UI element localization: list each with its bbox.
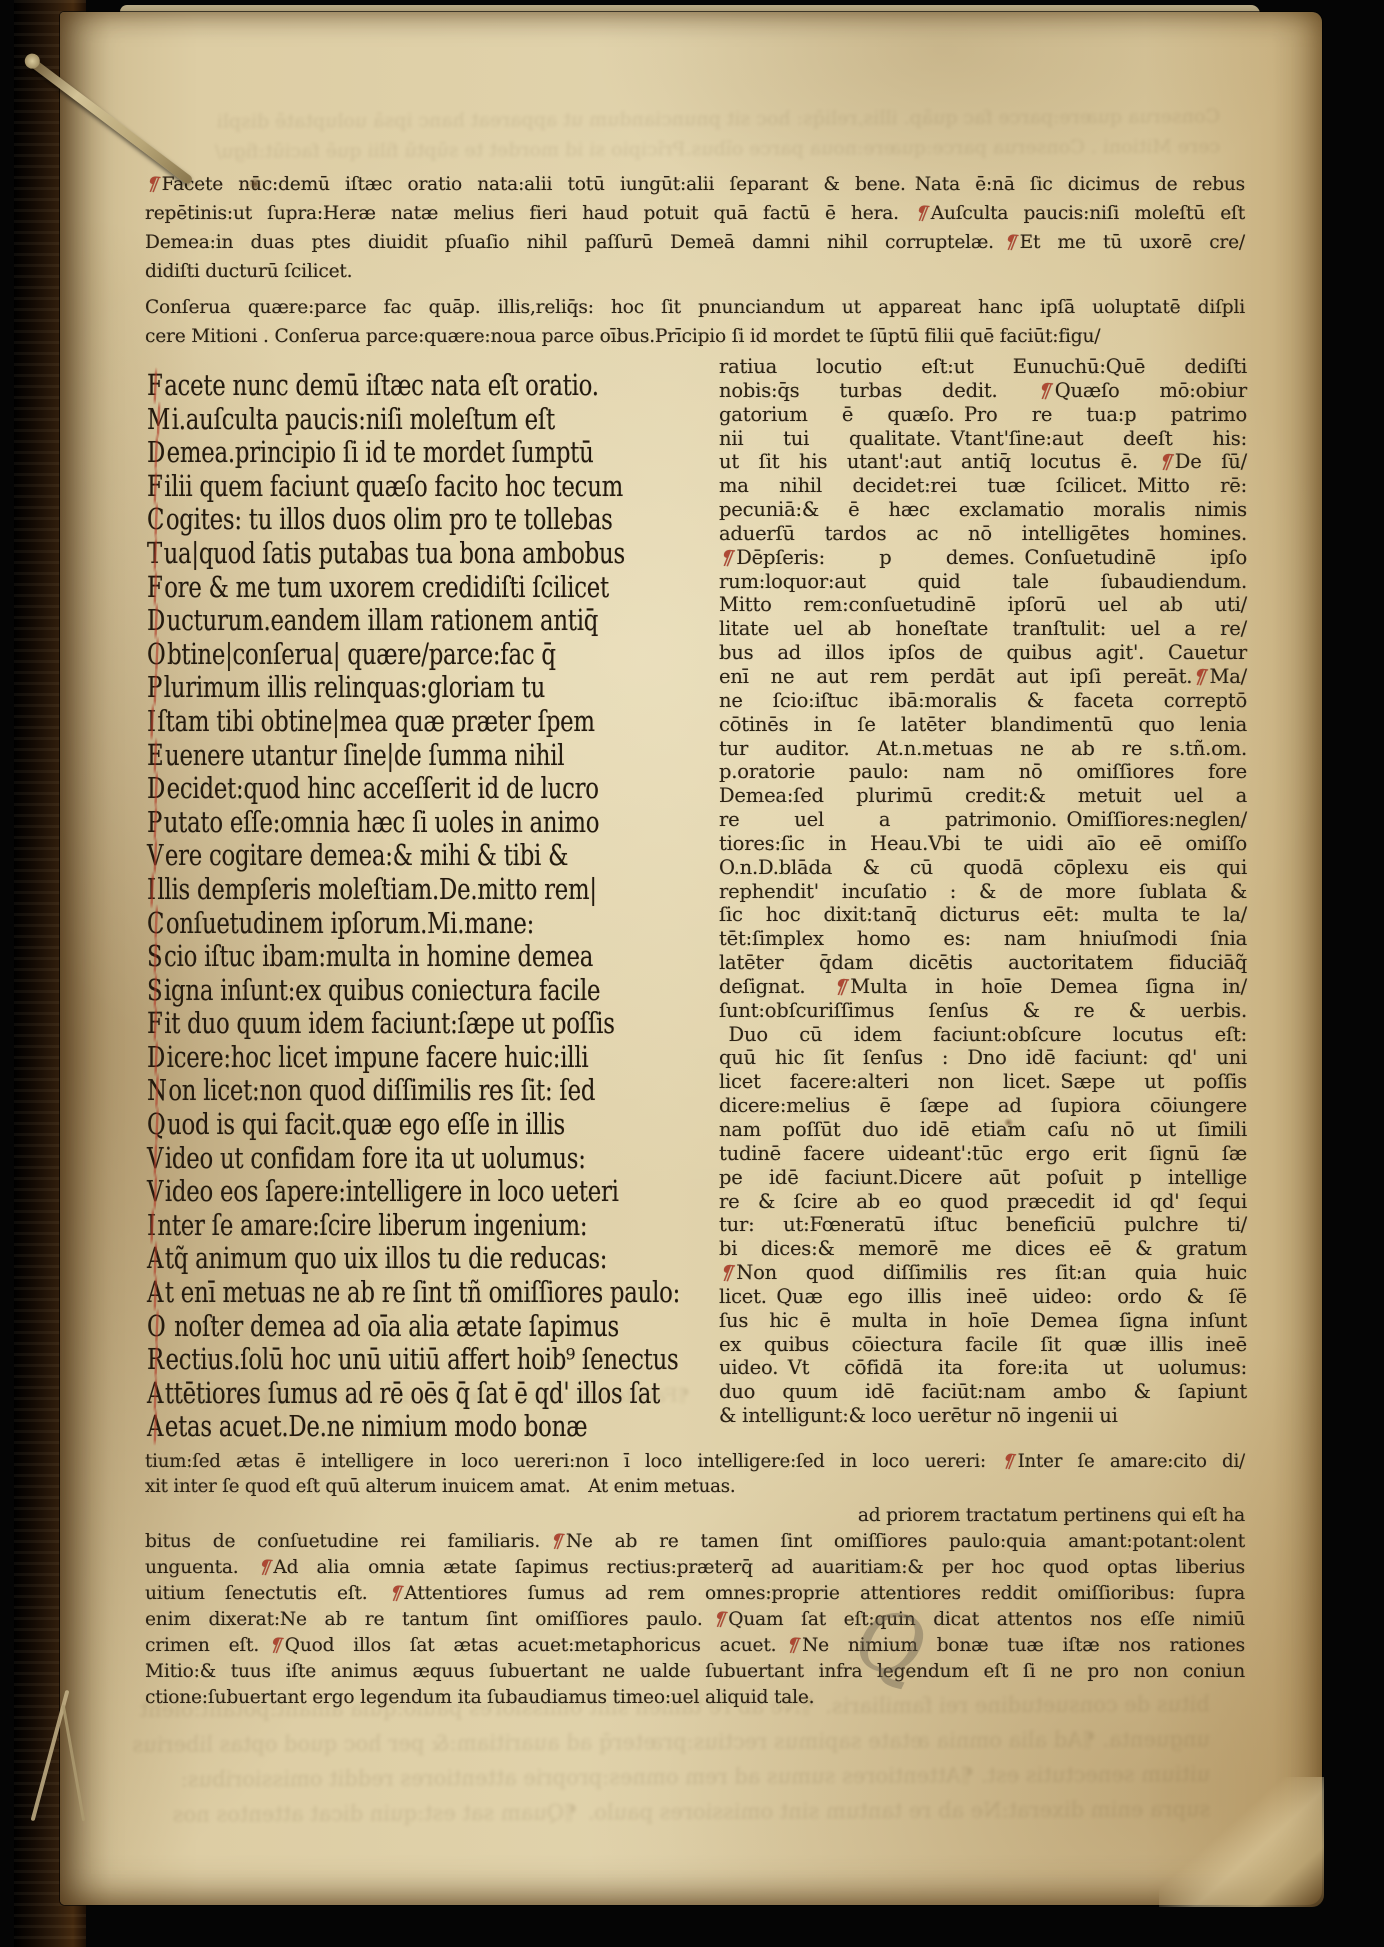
commentary-line: nobis:q̄s turbas dedit. ¶Quæſo mō:obiur bbox=[719, 379, 1247, 403]
verse-line: Rectius.ſolū hoc unū uitiū affert hoib⁹ … bbox=[147, 1343, 611, 1377]
commentary-line: litate uel ab honeſtate tranſtulit: uel … bbox=[719, 617, 1247, 641]
commentary-line: enī ne aut rem perdāt aut ipſi pereāt.¶M… bbox=[719, 665, 1247, 689]
commentary-line: Mitto rem:conſuetudinē ipſorū uel ab uti… bbox=[719, 593, 1247, 617]
commentary-line: ratiua locutio eſt:ut Eunuchū:Quē dediſt… bbox=[719, 355, 1247, 379]
commentary-line: nii tui qualitate. Vtant'ſine:aut deeſt … bbox=[719, 427, 1247, 451]
photo-stage: Conserua quære:parce fac quāp. illis,rel… bbox=[0, 0, 1384, 1947]
rubric-pilcrow: ¶ bbox=[385, 1580, 406, 1607]
verse-line: Signa inſunt:ex quibus coniectura facile bbox=[147, 974, 611, 1008]
commentary-line: rum:loquor:aut quid tale ſubaudiendum. bbox=[719, 570, 1247, 594]
commentary-line: re & ſcire ab eo quod præcedit id qd' ſe… bbox=[719, 1190, 1247, 1214]
verse-line: Filii quem faciunt quæſo facito hoc tecu… bbox=[147, 470, 611, 504]
commentary-line: ctione:ſubuertant ergo legendum ita ſuba… bbox=[145, 1685, 1245, 1711]
rubricated-initial: V bbox=[147, 1175, 163, 1209]
rubricated-initial: D bbox=[147, 604, 165, 638]
rubric-pilcrow: ¶ bbox=[709, 1606, 730, 1633]
commentary-line: quū hic ſit ſenſus : Dno idē faciunt: qd… bbox=[719, 1046, 1247, 1070]
verse-line: Cogites: tu illos duos olim pro te tolle… bbox=[147, 503, 611, 537]
commentary-line: tur auditor. At.n.metuas ne ab re s.tñ.o… bbox=[719, 737, 1247, 761]
rubricated-initial: P bbox=[147, 671, 162, 705]
rubric-pilcrow: ¶ bbox=[142, 169, 165, 199]
rubric-pilcrow: ¶ bbox=[1190, 664, 1211, 689]
intro-commentary: Conſerua quære:parce fac quāp. illis,rel… bbox=[145, 293, 1245, 351]
verse-line: Mi.auſculta paucis:niſi moleſtum eſt bbox=[147, 403, 611, 437]
commentary-line: bi dices:& memorē me dices eē & gratum bbox=[719, 1237, 1247, 1261]
commentary-line: Demea:in duas ptes diuidit pſuaſio nihil… bbox=[145, 228, 1245, 257]
commentary-line: ¶Dēpſeris: p demes. Conſuetudinē ipſo bbox=[719, 546, 1247, 570]
verse-line: Non licet:non quod diſſimilis res ſit: ſ… bbox=[147, 1074, 611, 1108]
rubric-pilcrow: ¶ bbox=[783, 1632, 804, 1659]
verse-line: Euenere utantur ſine|de ſumma nihil bbox=[147, 739, 611, 773]
commentary-line: licet. Quæ ego illis ineē uideo: ordo & … bbox=[719, 1285, 1247, 1309]
verse-line: Obtine|conſerua| quære/parce:fac q̄ bbox=[147, 638, 611, 672]
rubricated-initial: R bbox=[147, 1343, 164, 1377]
rubricated-initial: F bbox=[147, 1007, 163, 1041]
commentary-line: crimen eſt. ¶Quod illos ſat ætas acuet:m… bbox=[145, 1633, 1245, 1659]
commentary-line: dicere:melius ē ſæpe ad ſupiora cōiunger… bbox=[719, 1094, 1247, 1118]
commentary-line: ma nihil decidet:rei tuæ ſcilicet. Mitto… bbox=[719, 474, 1247, 498]
commentary-line: ſic hoc dixit:tanq̄ dicturus eēt: multa … bbox=[719, 903, 1247, 927]
rubricated-initial: I bbox=[147, 873, 156, 907]
head-commentary: ¶Facete nūc:demū iſtæc oratio nata:alii … bbox=[145, 170, 1245, 286]
verse-line: Quod is qui facit.quæ ego eſſe in illis bbox=[147, 1108, 611, 1142]
commentary-line: cere Mitioni . Conſerua parce:quære:noua… bbox=[145, 322, 1245, 351]
commentary-line: aduerſū tardos ac nō intelligētes homine… bbox=[719, 522, 1247, 546]
rubricated-initial: T bbox=[147, 537, 162, 571]
commentary-line: enim dixerat:Ne ab re tantum ſint omiſſi… bbox=[145, 1607, 1245, 1633]
verse-line: Video eos ſapere:intelligere in loco uet… bbox=[147, 1175, 611, 1209]
rubricated-initial: A bbox=[147, 1377, 163, 1411]
commentary-line: & intelligunt:& loco uerētur nō ingenii … bbox=[719, 1404, 1247, 1428]
commentary-column: ratiua locutio eſt:ut Eunuchū:Quē dediſt… bbox=[719, 355, 1247, 1428]
rubricated-initial: F bbox=[147, 571, 163, 605]
commentary-line: unguenta. ¶Ad alia omnia ætate ſapimus r… bbox=[145, 1555, 1245, 1581]
rubric-pilcrow: ¶ bbox=[254, 1554, 275, 1581]
commentary-line: ſunt:obſcuriſſimus ſenſus & re & uerbis. bbox=[719, 999, 1247, 1023]
verse-column: Facete nunc demū iſtæc nata eſt oratio.M… bbox=[147, 369, 727, 1444]
rubricated-initial: O bbox=[147, 638, 165, 672]
commentary-line: tēt:ſimplex homo es: nam hniuſmodi ſnia bbox=[719, 927, 1247, 951]
rubric-pilcrow: ¶ bbox=[265, 1632, 286, 1659]
commentary-line: ¶Non quod diſſimilis res ſit:an quia hui… bbox=[719, 1261, 1247, 1285]
commentary-line: Mitio:& tuus iſte animus æquus ſubuertan… bbox=[145, 1659, 1245, 1685]
commentary-line: nam poſſūt duo idē etiam caſu nō ut ſimi… bbox=[719, 1118, 1247, 1142]
verse-line: Conſuetudinem ipſorum.Mi.mane: bbox=[147, 907, 611, 941]
rubricated-initial: I bbox=[147, 705, 156, 739]
commentary-line: repētinis:ut ſupra:Heræ natæ melius fier… bbox=[145, 199, 1245, 228]
commentary-line: tur: ut:Fœneratū iſtuc beneficiū pulchre… bbox=[719, 1213, 1247, 1237]
verse-line: O noſter demea ad oīa alia ætate ſapimus bbox=[147, 1310, 611, 1344]
commentary-line: Conſerua quære:parce fac quāp. illis,rel… bbox=[145, 293, 1245, 322]
two-column-block: Facete nunc demū iſtæc nata eſt oratio.M… bbox=[145, 361, 1245, 1447]
show-through-text: Conserua quære:parce fac quāp. illis,rel… bbox=[200, 101, 1220, 170]
commentary-line: latēter q̄dam dicētis auctoritatem fiduc… bbox=[719, 951, 1247, 975]
verse-line: Attētiores ſumus ad rē oēs q̄ ſat ē qd' … bbox=[147, 1377, 611, 1411]
runover-lines: tium:ſed ætas ē intelligere in loco uere… bbox=[145, 1449, 1245, 1499]
verse-line: Facete nunc demū iſtæc nata eſt oratio. bbox=[147, 369, 611, 403]
commentary-line: re uel a patrimonio. Omiſſiores:neglen/ bbox=[719, 808, 1247, 832]
rubricated-initial: D bbox=[147, 436, 165, 470]
commentary-line: uideo. Vt cōfidā ita fore:ita ut uolumus… bbox=[719, 1356, 1247, 1380]
rubric-pilcrow: ¶ bbox=[717, 1260, 738, 1285]
rubric-pilcrow: ¶ bbox=[717, 545, 738, 570]
rubricated-initial: C bbox=[147, 907, 164, 941]
commentary-line: Demea:ſed plurimū credit:& metuit uel a bbox=[719, 784, 1247, 808]
rubricated-initial: A bbox=[147, 1242, 163, 1276]
verse-line: Tua|quod ſatis putabas tua bona ambobus bbox=[147, 537, 611, 571]
commentary-line: licet facere:alteri non licet. Sæpe ut p… bbox=[719, 1070, 1247, 1094]
commentary-line: rephendit' incuſatio : & de more ſublata… bbox=[719, 880, 1247, 904]
commentary-line: tudinē facere uideant':tūc ergo erit ſig… bbox=[719, 1142, 1247, 1166]
verse-line: Aetas acuet.De.ne nimium modo bonæ bbox=[147, 1410, 611, 1444]
rubricated-initial: F bbox=[147, 470, 163, 504]
commentary-line: ſus hic ē multa in hoīe Demea ſigna inſu… bbox=[719, 1309, 1247, 1333]
verse-line: Inter ſe amare:ſcire liberum ingenium: bbox=[147, 1209, 611, 1243]
verse-line: Vere cogitare demea:& mihi & tibi & bbox=[147, 839, 611, 873]
rubricated-initial: N bbox=[147, 1074, 167, 1108]
rubricated-initial: D bbox=[147, 1041, 165, 1075]
verse-line: Illis dempſeris moleſtiam.De.mitto rem| bbox=[147, 873, 611, 907]
page-corner-curl bbox=[1159, 1777, 1324, 1907]
commentary-line: ¶Facete nūc:demū iſtæc oratio nata:alii … bbox=[145, 170, 1245, 199]
rubricated-initial: A bbox=[147, 1410, 163, 1444]
verse-line: Iſtam tibi obtine|mea quæ præter ſpem bbox=[147, 705, 611, 739]
rubricated-initial: V bbox=[147, 839, 163, 873]
commentary-line: p.oratorie paulo: nam nō omiſſiores fore bbox=[719, 760, 1247, 784]
rubricated-initial: P bbox=[147, 806, 162, 840]
rubric-pilcrow: ¶ bbox=[911, 198, 934, 228]
commentary-line: Duo cū idem faciunt:obſcure locutus eſt: bbox=[719, 1023, 1247, 1047]
rubricated-initial: F bbox=[147, 369, 163, 403]
verse-line: Fore & me tum uxorem credidiſti ſcilicet bbox=[147, 571, 611, 605]
rubric-pilcrow: ¶ bbox=[546, 1528, 567, 1555]
verse-line: Ducturum.eandem illam rationem antiq̄ bbox=[147, 604, 611, 638]
verse-line: Video ut confidam fore ita ut uolumus: bbox=[147, 1142, 611, 1176]
commentary-line: duo quum idē faciūt:nam ambo & ſapiunt bbox=[719, 1380, 1247, 1404]
commentary-line: ut ſit his utant':aut antiq̄ locutus ē. … bbox=[719, 450, 1247, 474]
verse-line: Plurimum illis relinquas:gloriam tu bbox=[147, 671, 611, 705]
commentary-line: bus ad illos ipſos de quibus agit'. Caue… bbox=[719, 641, 1247, 665]
verse-line: Decidet:quod hinc acceſſerit id de lucro bbox=[147, 772, 611, 806]
commentary-line: tiores:ſic in Heau.Vbi te uidi aīo eē om… bbox=[719, 832, 1247, 856]
rubricated-initial: V bbox=[147, 1142, 163, 1176]
verse-line: At enī metuas ne ab re ſint tñ omiſſiore… bbox=[147, 1276, 611, 1310]
rubricated-initial: O bbox=[147, 1310, 165, 1344]
commentary-line: tium:ſed ætas ē intelligere in loco uere… bbox=[145, 1449, 1245, 1474]
rubric-pilcrow: ¶ bbox=[1035, 378, 1056, 403]
verse-line: Atq̃ animum quo uix illos tu die reducas… bbox=[147, 1242, 611, 1276]
text-block: ¶Facete nūc:demū iſtæc oratio nata:alii … bbox=[145, 170, 1245, 1711]
commentary-line: pe idē faciunt.Dicere aūt poſuit p intel… bbox=[719, 1166, 1247, 1190]
book-page: Conserua quære:parce fac quāp. illis,rel… bbox=[60, 12, 1322, 1905]
commentary-line: bitus de conſuetudine rei familiaris. ¶N… bbox=[145, 1529, 1245, 1555]
verse-line: Demea.principio ſi id te mordet ſumptū bbox=[147, 436, 611, 470]
rubricated-initial: C bbox=[147, 503, 164, 537]
verse-line: Dicere:hoc licet impune facere huic:illi bbox=[147, 1041, 611, 1075]
commentary-line: deſignat. ¶Multa in hoīe Demea ſigna in/ bbox=[719, 975, 1247, 999]
rubricated-initial: E bbox=[147, 739, 163, 773]
rubricated-initial: D bbox=[147, 772, 165, 806]
verse-line: Fit duo quum idem faciunt:ſæpe ut poſſis bbox=[147, 1007, 611, 1041]
rubric-pilcrow: ¶ bbox=[1155, 450, 1176, 475]
rubricated-initial: A bbox=[147, 1276, 163, 1310]
rubricated-initial: I bbox=[147, 1209, 156, 1243]
commentary-line: gatorium ē quæſo. Pro re tua:p patrimo bbox=[719, 403, 1247, 427]
commentary-line: didiſti ducturū ſcilicet. bbox=[145, 257, 1245, 286]
commentary-line: uitium ſenectutis eſt. ¶Attentiores ſumu… bbox=[145, 1581, 1245, 1607]
commentary-line: cōtinēs in ſe latēter blandimentū quo le… bbox=[719, 713, 1247, 737]
commentary-line: pecuniā:& ē hæc exclamatio moralis nimis bbox=[719, 498, 1247, 522]
rubric-pilcrow: ¶ bbox=[831, 974, 852, 999]
commentary-line: xit inter ſe quod eſt quū alterum inuice… bbox=[145, 1474, 1245, 1499]
rubric-pilcrow: ¶ bbox=[999, 1448, 1020, 1474]
rubricated-initial: S bbox=[147, 974, 162, 1008]
verse-line: Scio iſtuc ibam:multa in homine demea bbox=[147, 940, 611, 974]
commentary-line: ne ſcio:iſtuc ibā:moralis & faceta corre… bbox=[719, 689, 1247, 713]
bottom-commentary: ad priorem tractatum pertinens qui eſt h… bbox=[145, 1503, 1245, 1711]
rubricated-initial: S bbox=[147, 940, 162, 974]
commentary-lead-line: ad priorem tractatum pertinens qui eſt h… bbox=[145, 1503, 1245, 1529]
commentary-line: ex quibus cōiectura facile ſit quæ illis… bbox=[719, 1333, 1247, 1357]
commentary-line: O.n.D.blāda & cū quodā cōplexu eis qui bbox=[719, 856, 1247, 880]
rubric-pilcrow: ¶ bbox=[1000, 227, 1023, 257]
rubricated-initial: M bbox=[147, 403, 170, 437]
rubricated-initial: Q bbox=[147, 1108, 165, 1142]
verse-line: Putato eſſe:omnia hæc ſi uoles in animo bbox=[147, 806, 611, 840]
